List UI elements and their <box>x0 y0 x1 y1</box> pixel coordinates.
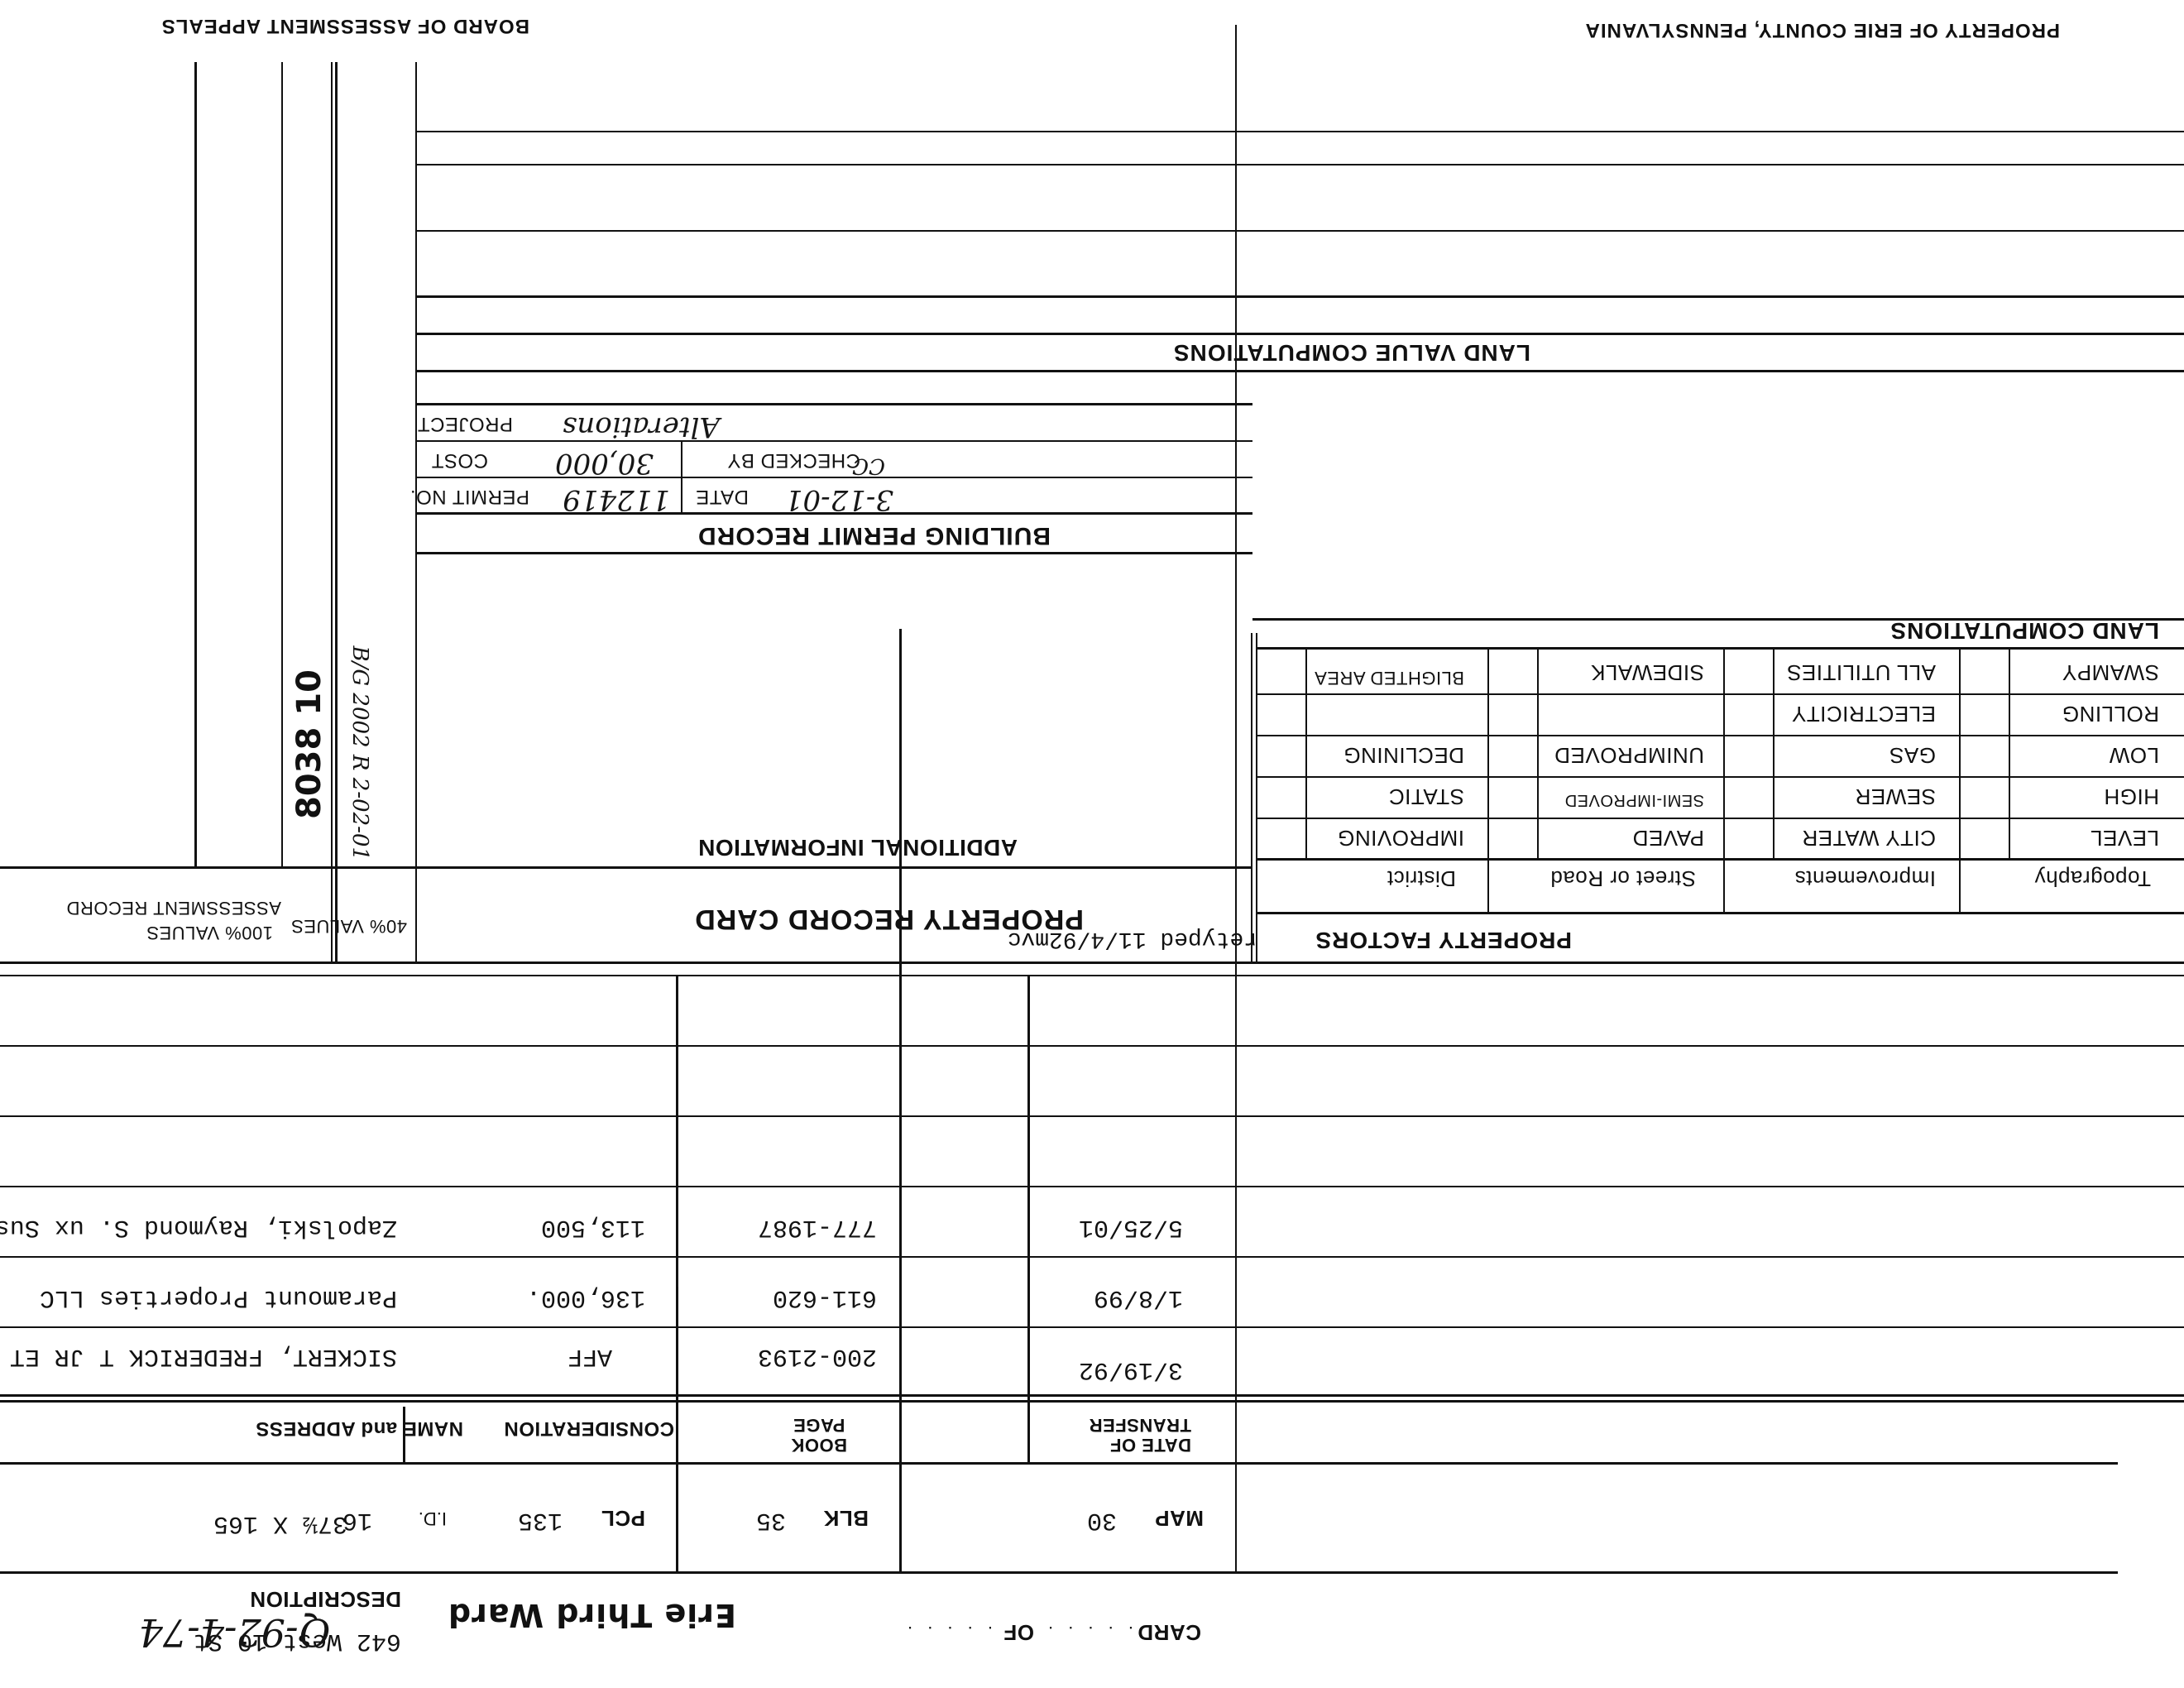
district-blighted-area: BLIGHTED AREA <box>1315 667 1464 688</box>
divider <box>676 976 678 1403</box>
record-card-title: PROPERTY RECORD CARD <box>694 903 1084 935</box>
rule <box>417 295 2184 298</box>
rule <box>1257 776 2184 778</box>
divider <box>403 1407 405 1465</box>
parcel-stamp: 8038 10 <box>290 669 328 819</box>
land-computations-title: LAND COMPUTATIONS <box>1890 617 2160 644</box>
transfer-name: Zapolski, Raymond S. ux Susan M <box>0 1213 397 1241</box>
transfer-date: 1/8/99 <box>1094 1283 1183 1312</box>
project-value: Alterations <box>563 410 720 444</box>
rule <box>0 1115 2184 1117</box>
cost-label: COST <box>431 448 488 472</box>
street-sidewalk: SIDEWALK <box>1591 659 1704 685</box>
blk-label: BLK <box>823 1505 869 1531</box>
of-label: OF <box>1003 1619 1034 1645</box>
cost-value: 30,000 <box>555 447 654 480</box>
transfer-date: 5/25/01 <box>1079 1213 1183 1241</box>
topo-low: LOW <box>2109 742 2159 768</box>
rule <box>417 440 1252 442</box>
transfer-consideration: AFF <box>568 1342 612 1370</box>
rule <box>0 1326 2184 1328</box>
building-permit-title: BUILDING PERMIT RECORD <box>697 521 1051 549</box>
property-factors-title: PROPERTY FACTORS <box>1315 927 1572 953</box>
side-note: B/G 2002 R 2-02-01 <box>347 646 372 861</box>
header-date-of-transfer: DATE OF TRANSFER <box>1026 1415 1191 1455</box>
topo-high: HIGH <box>2104 784 2159 809</box>
rule <box>417 370 2184 372</box>
divider <box>281 62 283 869</box>
transfer-consideration: 136,000. <box>526 1283 645 1312</box>
assessment-record-label: ASSESSMENT RECORD <box>66 897 281 918</box>
improv-sewer: SEWER <box>1855 784 1936 809</box>
topo-rolling: ROLLING <box>2062 701 2159 727</box>
ward-name: Erie Third Ward <box>448 1597 736 1633</box>
pcl-label: PCL <box>601 1505 646 1531</box>
owner-line: PROPERTY OF ERIE COUNTY, PENNSYLVANIA <box>1585 18 2060 41</box>
rule <box>417 333 2184 335</box>
district-static: STATIC <box>1388 784 1464 809</box>
header-topography: Topography <box>2034 866 2151 891</box>
handwritten-code: Q-92-4-74 <box>139 1610 331 1655</box>
header-consideration: CONSIDERATION <box>504 1417 674 1440</box>
divider <box>331 62 333 964</box>
checked-by-label: CHECKED BY <box>727 448 860 472</box>
rule <box>0 961 2184 964</box>
card-label: CARD <box>1137 1619 1201 1645</box>
rule <box>1257 818 2184 819</box>
street-unimproved: UNIMPROVED <box>1554 742 1704 768</box>
rule <box>0 1186 2184 1187</box>
board-line: BOARD OF ASSESSMENT APPEALS <box>161 14 529 37</box>
rule <box>0 866 417 869</box>
improv-all-utilities: ALL UTILITIES <box>1787 659 1936 685</box>
street-paved: PAVED <box>1632 825 1704 851</box>
rule <box>417 477 1252 478</box>
rule <box>417 403 1252 405</box>
lot-dimensions: 37½ X 165 <box>213 1509 347 1537</box>
permit-no-label: PERMIT NO. <box>409 485 529 508</box>
permit-date-label: DATE <box>696 485 749 508</box>
divider <box>194 62 197 869</box>
rule <box>417 230 2184 232</box>
divider <box>681 442 682 515</box>
district-declining: DECLINING <box>1343 742 1464 768</box>
rule <box>0 1394 2184 1397</box>
divider <box>1027 976 1030 1465</box>
values-40-label: 40% VALUES <box>291 915 407 937</box>
header-book-page: BOOK PAGE <box>778 1415 860 1455</box>
values-100-label: 100% VALUES <box>146 922 273 943</box>
rule <box>1257 693 2184 695</box>
id-label: I.D. <box>419 1508 447 1529</box>
street-semi-improved: SEMI-IMPROVED <box>1564 790 1704 809</box>
transfer-date: 3/19/92 <box>1079 1355 1183 1383</box>
header-improvements: Improvements <box>1794 866 1936 891</box>
map-value: 30 <box>1087 1506 1117 1534</box>
topo-swampy: SWAMPY <box>2062 659 2159 685</box>
property-factor-rows: LEVEL HIGH LOW ROLLING SWAMPY CITY WATER… <box>1257 650 2184 861</box>
transfer-book-page: 611-620 <box>773 1283 877 1312</box>
topo-level: LEVEL <box>2091 825 2159 851</box>
rule <box>417 131 2184 132</box>
header-district: District <box>1387 866 1456 891</box>
divider <box>899 629 902 1465</box>
pcl-value: 135 <box>518 1506 563 1534</box>
rule <box>417 552 1252 554</box>
land-value-computations-title: LAND VALUE COMPUTATIONS <box>1173 339 1530 366</box>
map-label: MAP <box>1155 1505 1204 1531</box>
transfer-book-page: 200-2193 <box>758 1342 877 1370</box>
divider <box>1235 25 1237 1572</box>
district-improving: IMPROVING <box>1338 825 1464 851</box>
permit-no-value: 112419 <box>563 483 670 516</box>
header-name-address: NAME and ADDRESS <box>256 1417 463 1440</box>
of-dots: . . . . . <box>903 1622 993 1643</box>
description-label: DESCRIPTION <box>250 1586 401 1612</box>
permit-date-value: 3-12-01 <box>785 483 893 516</box>
transfer-book-page: 777-1987 <box>758 1213 877 1241</box>
property-record-card: CARD . . . . . OF . . . . . Erie Third W… <box>0 0 2184 1688</box>
rule <box>0 1400 2184 1403</box>
checked-by-value: CC <box>852 453 885 478</box>
project-label: PROJECT <box>417 412 513 435</box>
rule <box>417 866 1252 869</box>
improv-city-water: CITY WATER <box>1802 825 1936 851</box>
card-dots: . . . . . <box>1043 1622 1133 1643</box>
rule <box>0 1256 2184 1258</box>
header-street-or-road: Street or Road <box>1550 866 1696 891</box>
rule <box>1257 735 2184 736</box>
rule <box>0 975 2184 976</box>
divider <box>1251 633 1252 964</box>
divider <box>335 62 338 964</box>
transfer-consideration: 113,500 <box>541 1213 645 1241</box>
rule <box>0 1571 2118 1574</box>
rule <box>0 1045 2184 1047</box>
rule <box>1252 618 2184 621</box>
transfer-name: Paramount Properties LLC <box>40 1283 397 1312</box>
divider <box>415 62 417 964</box>
transfer-name: SICKERT, FREDERICK T JR ET HOLTZ, SANDRA <box>0 1342 397 1370</box>
improv-electricity: ELECTRICITY <box>1791 701 1936 727</box>
rule <box>1257 647 2184 650</box>
rule <box>0 1462 2118 1465</box>
improv-gas: GAS <box>1889 742 1936 768</box>
rule <box>417 164 2184 165</box>
blk-value: 35 <box>756 1506 786 1534</box>
